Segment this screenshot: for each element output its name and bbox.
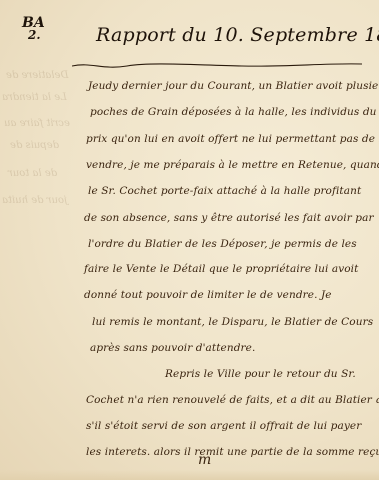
body-line: Cochet n'a rien renouvelé de faits, et a… <box>86 394 379 406</box>
document-page: Delatiere de Le la tiendra ecrit faire a… <box>0 0 379 480</box>
body-line: de son absence, sans y être autorisé les… <box>84 212 374 224</box>
body-line: s'il s'étoit servi de son argent il offr… <box>86 420 361 432</box>
body-line: les interets. alors il remit une partie … <box>86 446 379 458</box>
title-underline-flourish <box>72 62 362 70</box>
body-line: l'ordre du Blatier de les Déposer, je pe… <box>88 238 357 250</box>
bleed-through-text: depuis de <box>10 140 59 151</box>
title-text: Rapport du 10. Septembre 1821 <box>96 24 379 46</box>
catchword: m <box>198 452 211 468</box>
bleed-through-text: jour de huita <box>2 195 67 206</box>
body-line: le Sr. Cochet porte-faix attaché à la ha… <box>88 185 361 197</box>
paper-edge <box>0 470 379 480</box>
body-line: vendre, je me préparais à le mettre en R… <box>86 159 379 171</box>
bleed-through-text: Delatiere de <box>6 70 68 81</box>
body-line: poches de Grain déposées à la halle, les… <box>90 106 377 118</box>
body-line-paragraph-start: Repris le Ville pour le retour du Sr. <box>165 368 356 380</box>
body-line: donné tout pouvoir de limiter le de vend… <box>84 289 332 301</box>
bleed-through-text: de la tour <box>8 168 57 179</box>
archive-reference: BA 2. <box>22 17 45 41</box>
body-line: lui remis le montant, le Disparu, le Bla… <box>92 316 373 328</box>
bleed-through-text: Le la tiendra <box>2 92 67 103</box>
body-line: Jeudy dernier jour du Courant, un Blatie… <box>88 80 379 92</box>
body-line: prix qu'on lui en avoit offert ne lui pe… <box>86 133 379 145</box>
body-line: faire le Vente le Détail que le propriét… <box>84 263 358 275</box>
body-line: après sans pouvoir d'attendre. <box>90 342 255 354</box>
document-title: Rapport du 10. Septembre 1821 <box>96 24 366 46</box>
bleed-through-text: ecrit faire au <box>4 118 70 129</box>
